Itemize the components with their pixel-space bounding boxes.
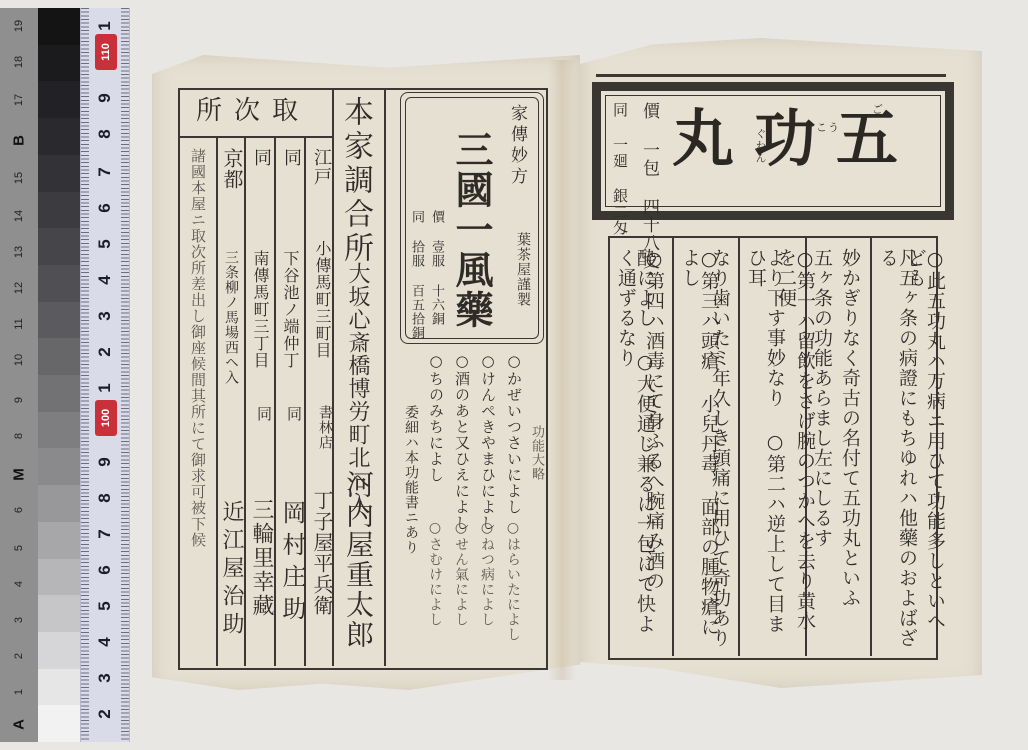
distributor-city: 京都 <box>222 148 242 190</box>
distributor-trade: 書林店 <box>318 405 332 450</box>
ruler-number: 5 <box>95 592 115 620</box>
gray-patch <box>38 632 80 669</box>
divider <box>274 138 276 666</box>
scale-number: 9 <box>13 385 25 415</box>
scale-number: 17 <box>13 85 25 115</box>
price-line-2: 同 一廻 銀二匁 <box>612 102 627 236</box>
distributor-trade: 同 <box>286 406 301 422</box>
ruler-number: 7 <box>95 520 115 548</box>
ruler-badge-text: 100 <box>100 409 112 427</box>
head-shop-name: 河内屋重太郎 <box>344 470 372 650</box>
efficacy-footer: 委細ハ本功能書ニあり <box>404 405 418 555</box>
ruler-number: 4 <box>95 628 115 656</box>
scale-number: 8 <box>13 421 25 451</box>
ruler-badge-110: 110 <box>95 34 117 70</box>
ruler-number: 2 <box>95 338 115 366</box>
gray-patch <box>38 559 80 596</box>
gray-patch <box>38 448 80 485</box>
body-column: 妙かぎりなく奇古の名付て五功丸といふ <box>840 248 859 648</box>
divider <box>244 138 246 666</box>
head-shop-label: 本家調合所 <box>340 96 370 266</box>
scale-number: 6 <box>13 495 25 525</box>
ruler-badge-100: 100 <box>95 400 117 436</box>
body-column: 凡五ヶ条の病證にもちゆれハ他藥のおよばざる <box>878 248 916 648</box>
gray-patch <box>38 412 80 449</box>
title-furigana: ご <box>872 104 884 115</box>
gray-patch <box>38 265 80 302</box>
ruler-number: 3 <box>95 664 115 692</box>
ruler-number: 7 <box>95 158 115 186</box>
scale-number: 4 <box>13 569 25 599</box>
distributor-city: 同 <box>282 148 300 167</box>
scale-number: 5 <box>13 533 25 563</box>
divider <box>180 136 332 138</box>
scale-number: 2 <box>13 641 25 671</box>
ruler-number: 8 <box>95 120 115 148</box>
product2-name: 三國一風藥 <box>452 130 490 330</box>
ruler-badge-text: 110 <box>100 43 112 61</box>
gray-patch <box>38 302 80 339</box>
gray-patch <box>38 375 80 412</box>
gray-patch <box>38 669 80 706</box>
gray-patch <box>38 192 80 229</box>
body-column: 酔によし ○大便通じ兼るに一包にて快よく通ずるなり <box>616 248 654 648</box>
distributor-name: 岡村庄助 <box>280 500 304 628</box>
gray-patch <box>38 8 80 45</box>
ruler-number: 9 <box>95 448 115 476</box>
distributor-name: 丁子屋平兵衛 <box>312 490 332 616</box>
scale-number: 14 <box>13 201 25 231</box>
efficacy-item: ○かぜいつさいによし <box>506 352 521 515</box>
ruler-number: 1 <box>95 374 115 402</box>
ruler-number: 6 <box>95 194 115 222</box>
ruler-number: 2 <box>95 700 115 728</box>
distributor-city: 江戸 <box>312 148 330 186</box>
gray-patch <box>38 45 80 82</box>
color-scale-target: 19 18 17 B 15 14 13 12 11 10 9 8 M 6 5 4… <box>0 8 130 742</box>
divider <box>672 238 674 656</box>
divider <box>384 90 386 666</box>
scale-letter: B <box>11 126 28 156</box>
scale-number: 10 <box>13 345 25 375</box>
ruler-number: 4 <box>95 266 115 294</box>
product2-tagline: 家傳妙方 <box>508 104 525 188</box>
title-furigana: ぐわん <box>755 128 766 164</box>
body-column: より下す事妙なり ○第二ハ逆上して目まひ耳 <box>746 248 784 648</box>
center-fold-stain <box>548 60 576 680</box>
measuring-ruler: 1 110 9 8 7 6 5 4 3 2 1 100 9 8 7 6 5 4 … <box>80 8 130 742</box>
scale-number: 18 <box>13 47 25 77</box>
scale-number: 19 <box>13 11 25 41</box>
gray-patch <box>38 338 80 375</box>
distributor-name: 三輪里幸藏 <box>250 498 272 618</box>
efficacy-title: 功能大略 <box>530 425 543 481</box>
scale-number: 15 <box>13 163 25 193</box>
gray-patch <box>38 155 80 192</box>
distributor-address: 下谷池ノ端仲丁 <box>282 250 298 369</box>
gray-patch <box>38 81 80 118</box>
divider <box>870 238 872 656</box>
ruler-number: 9 <box>95 84 115 112</box>
product2-price-1: 價 壹服 十六銅 <box>430 210 443 326</box>
distributor-address: 三条柳ノ馬場西ヘ入 <box>224 250 238 385</box>
efficacy-item: ○ねつ病によし <box>480 520 494 627</box>
efficacy-item: ○さむけによし <box>428 520 442 627</box>
efficacy-item: ○酒のあと又ひえによし <box>454 352 469 531</box>
gray-patch <box>38 228 80 265</box>
title-furigana: こう <box>816 122 840 133</box>
divider <box>216 138 218 666</box>
ruler-number: 3 <box>95 302 115 330</box>
distributor-address: 南傳馬町三丁目 <box>252 250 268 369</box>
efficacy-item: ○けんぺきやまひによし <box>480 352 495 531</box>
distributor-name: 近江屋治助 <box>220 500 242 640</box>
gray-patch <box>38 485 80 522</box>
scale-number: 13 <box>13 237 25 267</box>
efficacy-item: ○せん氣によし <box>454 520 468 627</box>
scale-number: 12 <box>13 273 25 303</box>
distributor-address: 小傳馬町三町目 <box>314 240 330 359</box>
ruler-number: 6 <box>95 556 115 584</box>
divider <box>738 238 740 656</box>
product-title: 五功丸 <box>672 108 918 170</box>
product2-maker: 葉茶屋謹製 <box>516 232 530 307</box>
gray-patch <box>38 705 80 742</box>
ruler-number: 5 <box>95 230 115 258</box>
efficacy-item: ○ちのみちによし <box>428 352 443 483</box>
body-column: ○第三ハ頭瘡 小兒丹毒 面部の腫物瘡によし <box>680 248 718 648</box>
product2-price-2: 同 拾服 百五拾銅 <box>410 210 423 340</box>
gray-patches <box>38 8 80 742</box>
gray-scale-label-strip: 19 18 17 B 15 14 13 12 11 10 9 8 M 6 5 4… <box>0 8 38 742</box>
scale-number: 1 <box>13 677 25 707</box>
gray-patch <box>38 522 80 559</box>
scale-number: 11 <box>13 309 25 339</box>
top-rule <box>596 74 946 77</box>
ruler-number: 8 <box>95 484 115 512</box>
efficacy-item: ○はらいたによし <box>506 520 520 642</box>
gray-patch <box>38 595 80 632</box>
scale-letter: M <box>11 460 28 490</box>
scale-letter: A <box>11 710 28 740</box>
scale-number: 3 <box>13 605 25 635</box>
distributor-trade: 同 <box>256 406 271 422</box>
provinces-note: 諸國本屋ニ取次所差出し御座候間其所にて御求可被下候 <box>190 148 205 648</box>
distributors-header: 取次所 <box>196 98 310 124</box>
distributor-city: 同 <box>252 148 270 167</box>
gray-patch <box>38 118 80 155</box>
